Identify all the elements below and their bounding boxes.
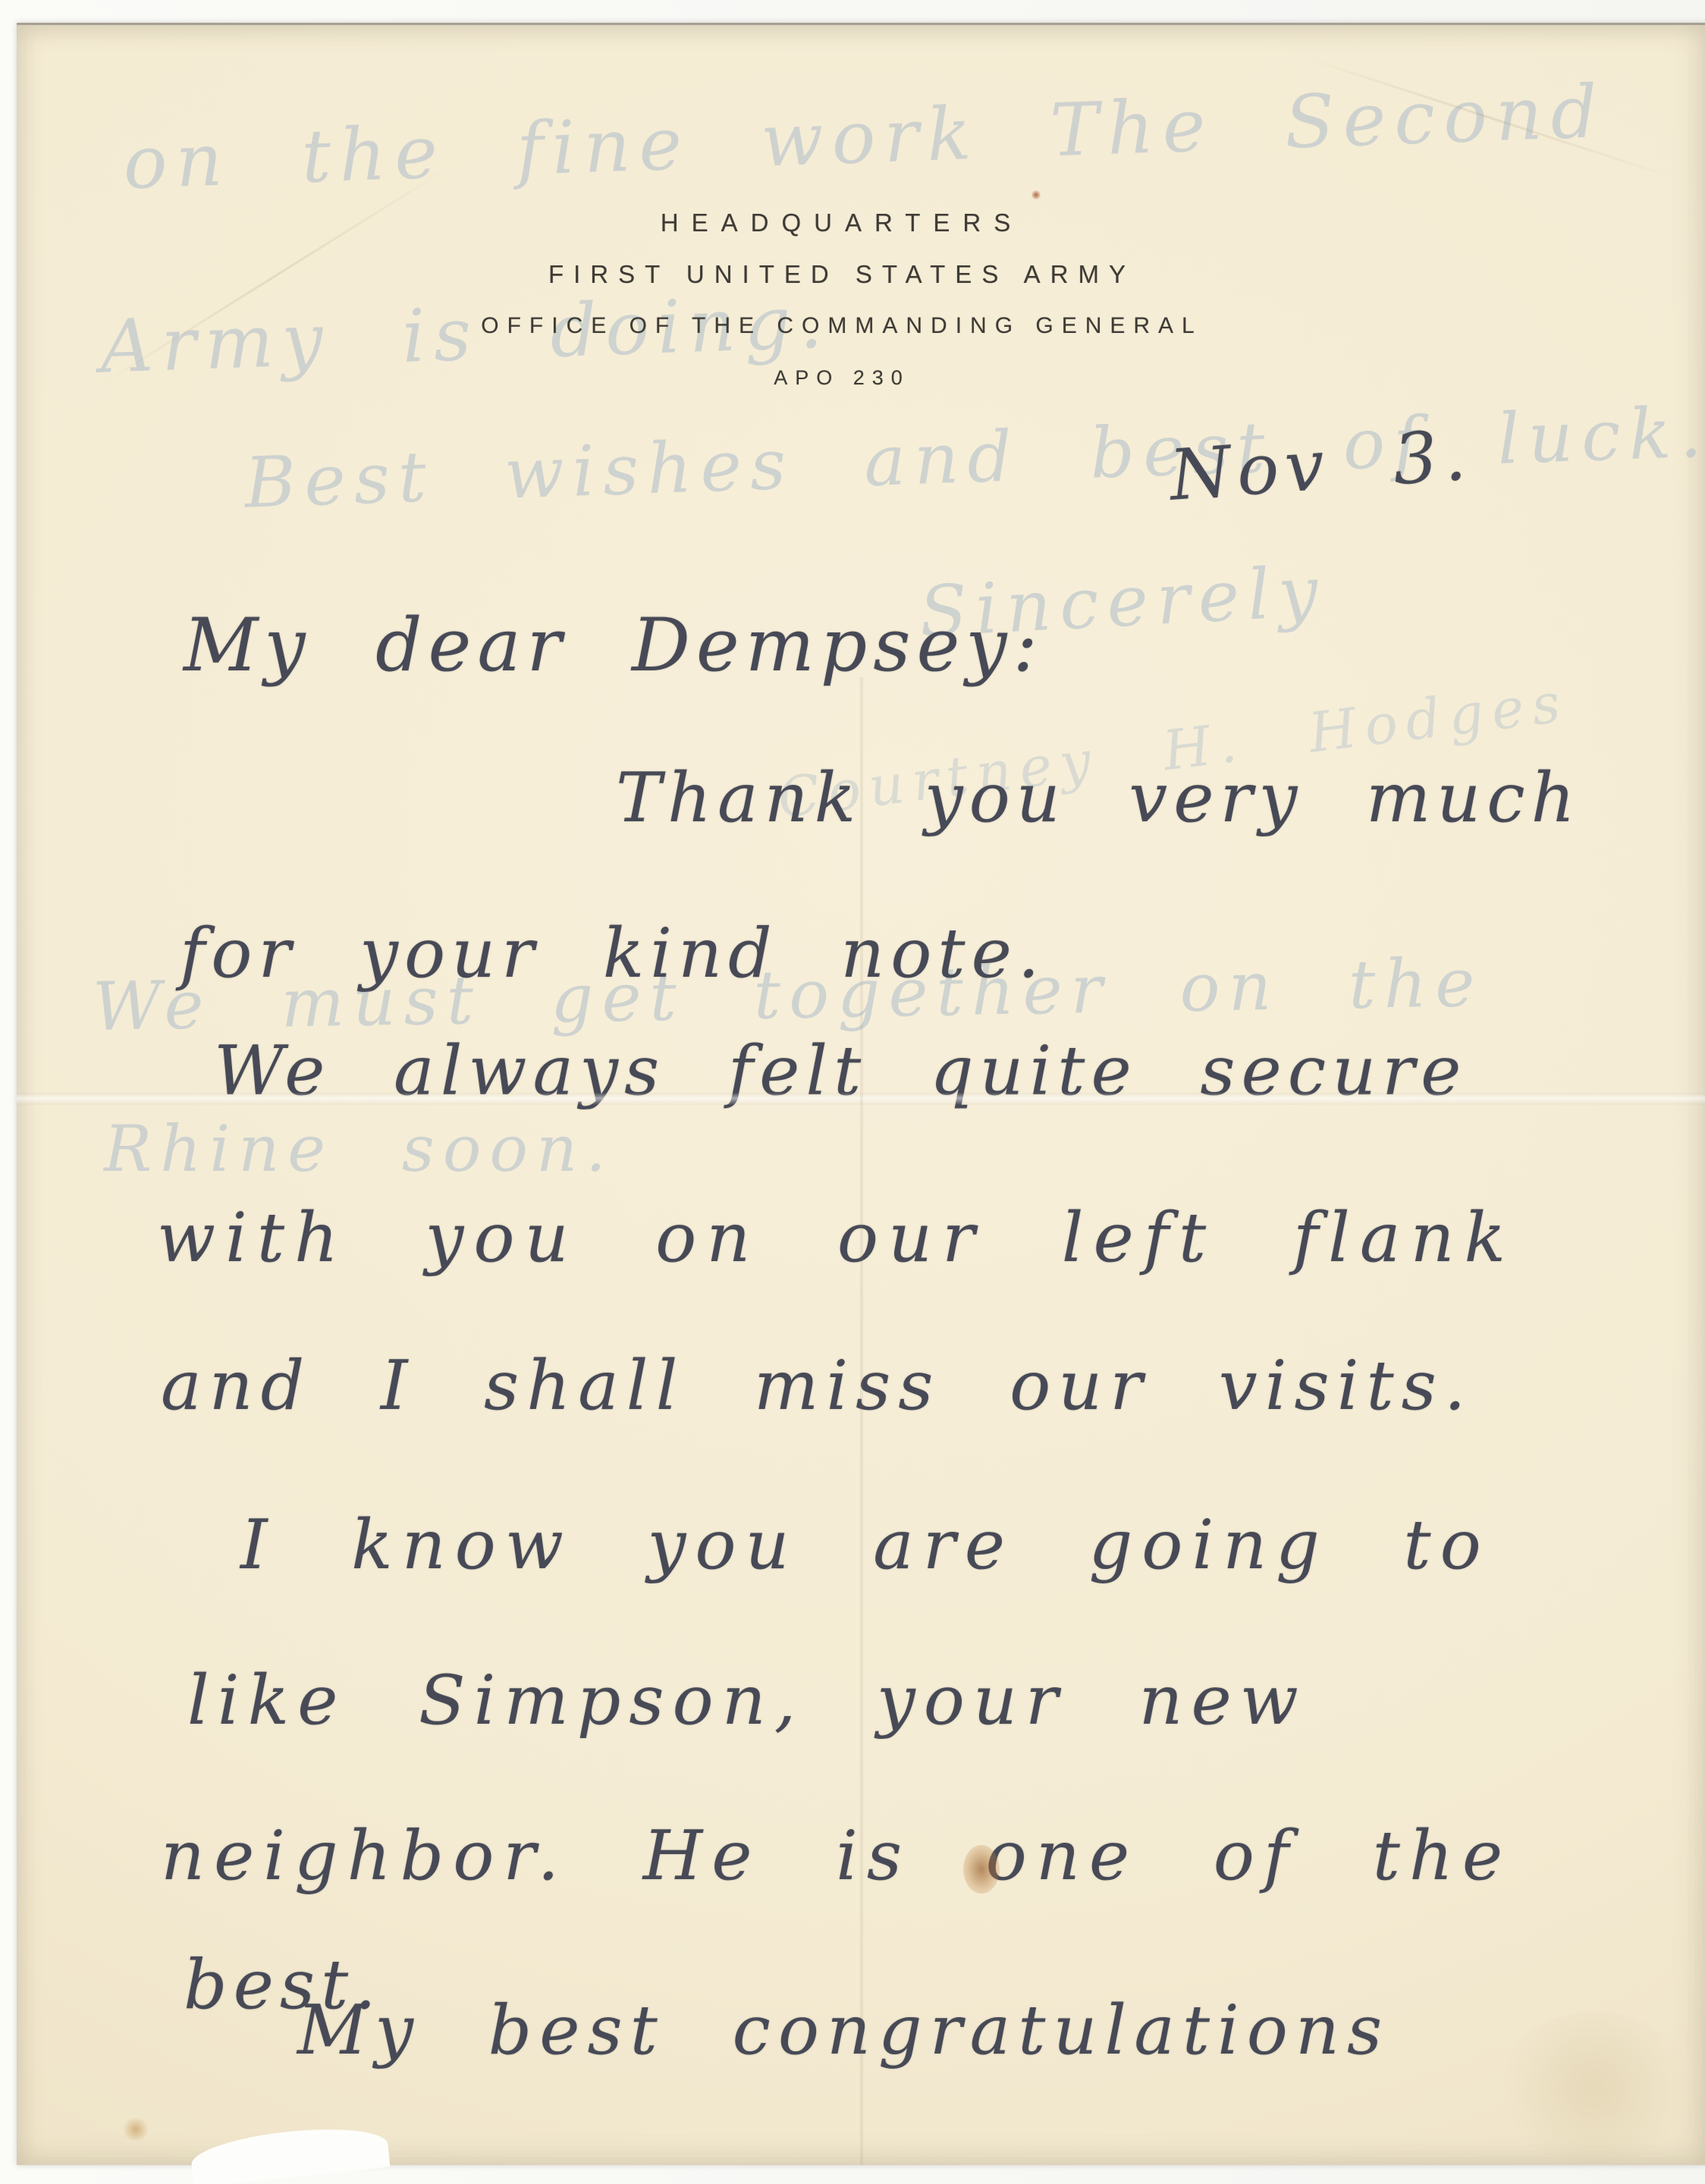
bleed-through-line: on the fine work The Second <box>122 75 1607 199</box>
stain-spot <box>963 1845 1000 1894</box>
handwritten-line: like Simpson, your new <box>187 1667 1307 1735</box>
bleed-through-line: Rhine soon. <box>104 1117 614 1181</box>
handwritten-line: My best congratulations <box>297 1997 1389 2065</box>
handwritten-line: and I shall miss our visits. <box>161 1352 1473 1420</box>
bleed-through-line: Best wishes and best of luck. <box>243 397 1705 518</box>
vertical-fold-crease <box>860 677 863 2165</box>
letterhead-army: FIRST UNITED STATES ARMY <box>0 260 1686 289</box>
handwritten-line: with you on our left flank <box>157 1204 1515 1272</box>
handwritten-line: I know you are going to <box>240 1511 1490 1580</box>
handwritten-line: neighbor. He is one of the <box>161 1822 1512 1891</box>
letter-paper: on the fine work The Second Army is doin… <box>17 23 1705 2165</box>
handwritten-line: Thank you very much <box>616 764 1581 833</box>
scan-bottom-notch <box>190 2122 391 2184</box>
letterhead-headquarters: HEADQUARTERS <box>0 209 1686 237</box>
handwritten-date: Nov 3. <box>1167 420 1474 511</box>
letterhead-office: OFFICE OF THE COMMANDING GENERAL <box>0 313 1686 339</box>
letterhead-apo: APO 230 <box>0 366 1686 390</box>
stain-soft-patch <box>1496 2012 1693 2164</box>
handwritten-line: for your kind note. <box>180 920 1045 988</box>
stain-spot <box>1031 190 1041 199</box>
stain-spot <box>123 2118 149 2141</box>
salutation: My dear Dempsey: <box>184 609 1044 682</box>
scanned-letter-page: { "page": { "description": "Scanned hand… <box>0 0 1705 2184</box>
